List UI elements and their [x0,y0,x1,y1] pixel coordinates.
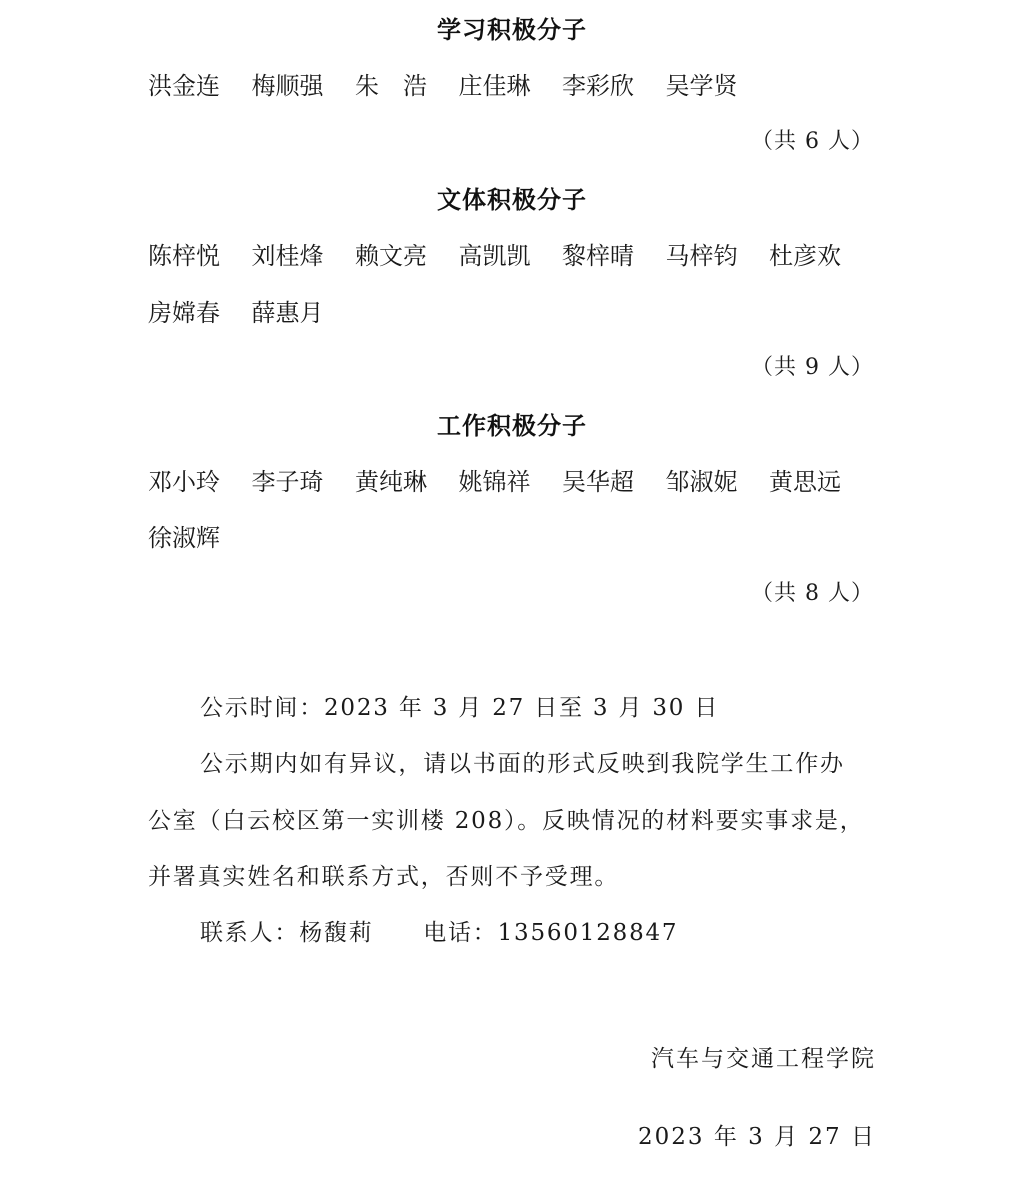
count-study: （共 6 人） [751,124,874,155]
name: 杜彦欢 [769,236,873,271]
names-row-sports-2: 房嫦春薛惠月 [148,293,355,328]
name: 吴学贤 [666,66,770,101]
name: 李彩欣 [562,66,666,101]
name: 邹淑妮 [666,462,770,497]
section-title-sports: 文体积极分子 [0,180,1024,215]
name: 刘桂烽 [252,236,356,271]
notice-contact: 联系人：杨馥莉 电话：13560128847 [200,914,930,947]
names-row-work-1: 邓小玲李子琦黄纯琳姚锦祥吴华超邹淑妮黄思远 [148,462,873,497]
name: 陈梓悦 [148,236,252,271]
section-title-work: 工作积极分子 [0,406,1024,441]
names-row-study-1: 洪金连梅顺强朱 浩庄佳琳李彩欣吴学贤 [148,66,769,101]
count-work: （共 8 人） [751,576,874,607]
name: 马梓钧 [666,236,770,271]
name: 黎梓晴 [562,236,666,271]
notice-objection-line2: 公室（白云校区第一实训楼 208）。反映情况的材料要实事求是， [148,802,878,835]
name: 黄纯琳 [355,462,459,497]
name: 徐淑辉 [148,518,252,553]
name: 朱 浩 [355,66,459,101]
name: 姚锦祥 [459,462,563,497]
notice-objection-line1: 公示期内如有异议，请以书面的形式反映到我院学生工作办 [200,745,930,778]
name: 邓小玲 [148,462,252,497]
names-row-work-2: 徐淑辉 [148,518,252,553]
name: 洪金连 [148,66,252,101]
count-sports: （共 9 人） [751,350,874,381]
name: 黄思远 [769,462,873,497]
name: 梅顺强 [252,66,356,101]
name: 吴华超 [562,462,666,497]
name: 薛惠月 [252,293,356,328]
name: 赖文亮 [355,236,459,271]
name: 房嫦春 [148,293,252,328]
signature-org: 汽车与交通工程学院 [651,1040,876,1073]
name: 庄佳琳 [459,66,563,101]
notice-period: 公示时间：2023 年 3 月 27 日至 3 月 30 日 [200,689,930,722]
name: 李子琦 [252,462,356,497]
signature-date: 2023 年 3 月 27 日 [638,1118,876,1151]
name: 高凯凯 [459,236,563,271]
names-row-sports-1: 陈梓悦刘桂烽赖文亮高凯凯黎梓晴马梓钧杜彦欢 [148,236,873,271]
section-title-study: 学习积极分子 [0,10,1024,45]
notice-objection-line3: 并署真实姓名和联系方式，否则不予受理。 [148,858,878,891]
